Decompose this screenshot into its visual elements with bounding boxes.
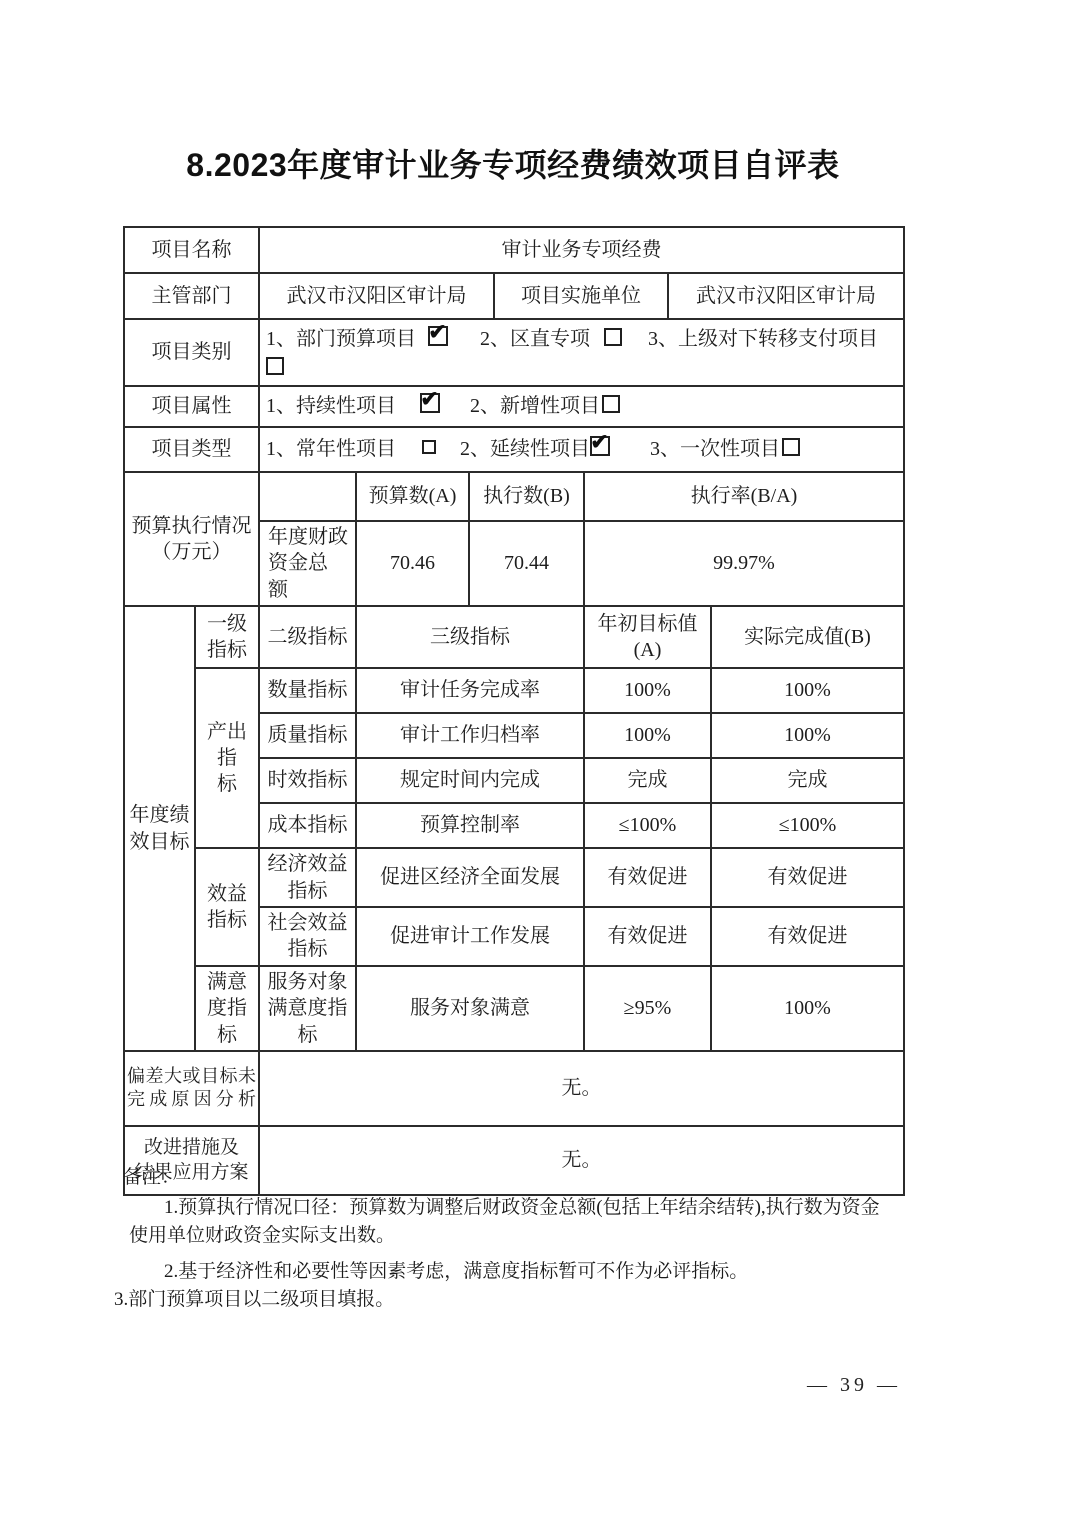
project-name-value: 审计业务专项经费: [259, 227, 904, 273]
indicator-target: ≤100%: [584, 803, 711, 848]
budget-col-rate: 执行率(B/A): [584, 472, 904, 521]
type-option-1-label: 1、常年性项目: [266, 438, 396, 460]
attribute-label: 项目属性: [124, 386, 259, 427]
indicator-l2: 服务对象 满意度指 标: [259, 966, 356, 1051]
attribute-options: 1、持续性项目2、新增性项目: [259, 386, 904, 427]
indicator-l3: 审计工作归档率: [356, 713, 584, 758]
budget-value: 70.46: [356, 521, 469, 606]
checkbox-unchecked-icon: [782, 438, 800, 456]
indicator-target: 有效促进: [584, 907, 711, 966]
row-indicator-quantity: 产出指 标 数量指标 审计任务完成率 100% 100%: [124, 668, 904, 713]
indicator-target: 100%: [584, 668, 711, 713]
impl-unit-value: 武汉市汉阳区审计局: [668, 273, 904, 319]
category-options-line1: 1、部门预算项目2、区直专项3、上级对下转移支付项目: [266, 325, 901, 354]
category-label: 项目类别: [124, 319, 259, 386]
indicator-target: 有效促进: [584, 848, 711, 907]
indicator-actual: 100%: [711, 713, 904, 758]
note-line: 2.基于经济性和必要性等因素考虑，满意度指标暂可不作为必评指标。: [164, 1258, 923, 1286]
indicator-l3: 促进审计工作发展: [356, 907, 584, 966]
page-number: — 39 —: [807, 1374, 901, 1397]
group-satisfaction-label: 满意 度指 标: [195, 966, 259, 1051]
row-indicator-header: 年度绩 效目标 一级 指标 二级指标 三级指标 年初目标值 (A) 实际完成值(…: [124, 606, 904, 668]
dept-value: 武汉市汉阳区审计局: [259, 273, 494, 319]
indicator-actual: 100%: [711, 668, 904, 713]
group-output-label: 产出指 标: [195, 668, 259, 848]
deviation-value: 无。: [259, 1051, 904, 1126]
row-attribute: 项目属性 1、持续性项目2、新增性项目: [124, 386, 904, 427]
indicator-l2: 社会效益 指标: [259, 907, 356, 966]
rate-value: 99.97%: [584, 521, 904, 606]
indicator-l2: 时效指标: [259, 758, 356, 803]
indicator-l3: 规定时间内完成: [356, 758, 584, 803]
type-label: 项目类型: [124, 427, 259, 472]
checkbox-unchecked-icon: [422, 440, 436, 454]
budget-empty-cell: [259, 472, 356, 521]
budget-col-exec: 执行数(B): [469, 472, 584, 521]
row-departments: 主管部门 武汉市汉阳区审计局 项目实施单位 武汉市汉阳区审计局: [124, 273, 904, 319]
row-indicator-satisfaction: 满意 度指 标 服务对象 满意度指 标 服务对象满意 ≥95% 100%: [124, 966, 904, 1051]
header-level3: 三级指标: [356, 606, 584, 668]
indicator-actual: 有效促进: [711, 907, 904, 966]
checkbox-checked-icon: [590, 436, 610, 456]
indicator-l2: 经济效益 指标: [259, 848, 356, 907]
checkbox-unchecked-icon: [266, 357, 284, 375]
category-option-3-label: 3、上级对下转移支付项目: [648, 328, 878, 350]
indicator-target: 100%: [584, 713, 711, 758]
project-name-label: 项目名称: [124, 227, 259, 273]
indicator-l2: 质量指标: [259, 713, 356, 758]
page-title: 8.2023年度审计业务专项经费绩效项目自评表: [123, 140, 903, 186]
type-option-2-label: 2、延续性项目: [460, 438, 590, 460]
exec-value: 70.44: [469, 521, 584, 606]
row-type: 项目类型 1、常年性项目2、延续性项目3、一次性项目: [124, 427, 904, 472]
performance-section-label: 年度绩 效目标: [124, 606, 195, 1051]
indicator-actual: 完成: [711, 758, 904, 803]
group-benefit-label: 效益 指标: [195, 848, 259, 966]
budget-row-label: 年度财政 资金总 额: [259, 521, 356, 606]
budget-col-budget: 预算数(A): [356, 472, 469, 521]
indicator-target: 完成: [584, 758, 711, 803]
indicator-target: ≥95%: [584, 966, 711, 1051]
category-options-line2: [266, 354, 901, 383]
indicator-l3: 服务对象满意: [356, 966, 584, 1051]
dept-label: 主管部门: [124, 273, 259, 319]
indicator-l2: 成本指标: [259, 803, 356, 848]
indicator-actual: 100%: [711, 966, 904, 1051]
checkbox-unchecked-icon: [604, 328, 622, 346]
indicator-l3: 预算控制率: [356, 803, 584, 848]
notes-section: 备注： 1.预算执行情况口径：预算数为调整后财政资金总额(包括上年结余结转),执…: [123, 1164, 923, 1314]
category-option-1-label: 1、部门预算项目: [266, 328, 416, 350]
row-indicator-economic: 效益 指标 经济效益 指标 促进区经济全面发展 有效促进 有效促进: [124, 848, 904, 907]
self-evaluation-table: 项目名称 审计业务专项经费 主管部门 武汉市汉阳区审计局 项目实施单位 武汉市汉…: [123, 226, 905, 1196]
header-actual: 实际完成值(B): [711, 606, 904, 668]
checkbox-unchecked-icon: [602, 395, 620, 413]
category-options: 1、部门预算项目2、区直专项3、上级对下转移支付项目: [259, 319, 904, 386]
row-project-name: 项目名称 审计业务专项经费: [124, 227, 904, 273]
row-category: 项目类别 1、部门预算项目2、区直专项3、上级对下转移支付项目: [124, 319, 904, 386]
header-level1: 一级 指标: [195, 606, 259, 668]
checkbox-checked-icon: [428, 326, 448, 346]
indicator-actual: 有效促进: [711, 848, 904, 907]
type-option-3-label: 3、一次性项目: [650, 438, 780, 460]
indicator-l2: 数量指标: [259, 668, 356, 713]
impl-unit-label: 项目实施单位: [494, 273, 668, 319]
row-budget-header: 预算执行情况 （万元） 预算数(A) 执行数(B) 执行率(B/A): [124, 472, 904, 521]
type-options: 1、常年性项目2、延续性项目3、一次性项目: [259, 427, 904, 472]
indicator-l3: 促进区经济全面发展: [356, 848, 584, 907]
note-line: 使用单位财政资金实际支出数。: [129, 1222, 923, 1250]
indicator-l3: 审计任务完成率: [356, 668, 584, 713]
deviation-label: 偏差大或目标未 完成原因分析: [124, 1051, 259, 1126]
header-target: 年初目标值 (A): [584, 606, 711, 668]
notes-title: 备注：: [123, 1164, 923, 1192]
header-level2: 二级指标: [259, 606, 356, 668]
document-page: 8.2023年度审计业务专项经费绩效项目自评表 项目名称 审计业务专项经费 主管…: [0, 0, 1069, 1514]
note-line: 1.预算执行情况口径：预算数为调整后财政资金总额(包括上年结余结转),执行数为资…: [164, 1194, 923, 1222]
budget-section-label: 预算执行情况 （万元）: [124, 472, 259, 606]
row-deviation: 偏差大或目标未 完成原因分析 无。: [124, 1051, 904, 1126]
note-line: 3.部门预算项目以二级项目填报。: [114, 1286, 923, 1314]
checkbox-checked-icon: [420, 393, 440, 413]
attribute-option-1-label: 1、持续性项目: [266, 395, 396, 417]
indicator-actual: ≤100%: [711, 803, 904, 848]
attribute-option-2-label: 2、新增性项目: [470, 395, 600, 417]
category-option-2-label: 2、区直专项: [480, 328, 590, 350]
